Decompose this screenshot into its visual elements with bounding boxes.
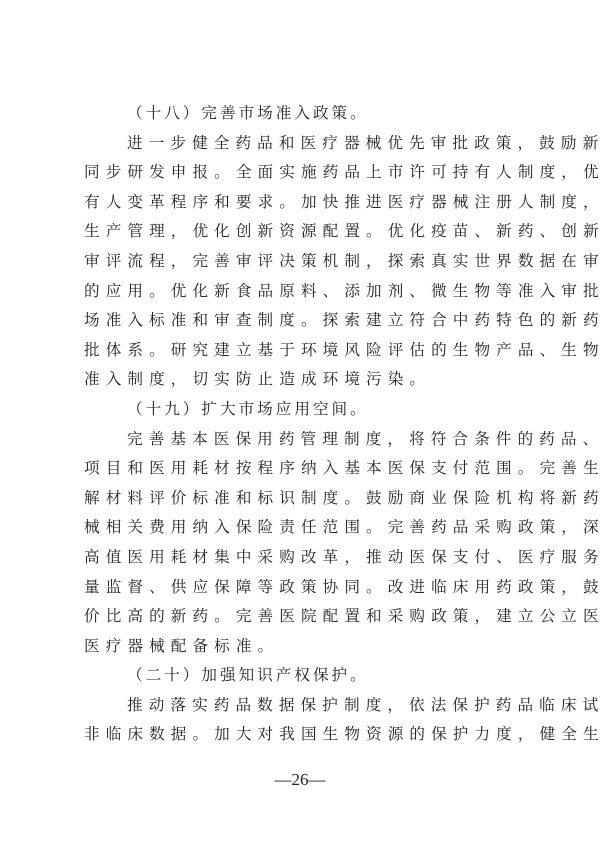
- paragraph-line: 价比高的新药。完善医院配置和采购政策，建立公立医疗机构的: [84, 602, 520, 632]
- paragraph-line: 非临床数据。加大对我国生物资源的保护力度，健全生物遗传资: [84, 720, 520, 750]
- paragraph-line: 械相关费用纳入保险责任范围。完善药品采购政策，深化药品、: [84, 513, 520, 543]
- page-number: —26—: [0, 770, 600, 790]
- paragraph-line: 批体系。研究建立基于环境风险评估的生物产品、生物技术环境: [84, 336, 520, 366]
- paragraph-line: 项目和医用耗材按程序纳入基本医保支付范围。完善生物基可降: [84, 454, 520, 484]
- paragraph-line: 量监督、供应保障等政策协同。改进临床用药政策，鼓励使用性: [84, 573, 520, 603]
- paragraph-line: 审评流程，完善审评决策机制，探索真实世界数据在审评审批中: [84, 247, 520, 277]
- paragraph-line: 完善基本医保用药管理制度，将符合条件的药品、医疗服务: [84, 425, 520, 455]
- section-heading: （二十）加强知识产权保护。: [84, 661, 520, 691]
- section-heading: （十八）完善市场准入政策。: [84, 99, 520, 129]
- paragraph-line: 解材料评价标准和标识制度。鼓励商业保险机构将新药和医疗器: [84, 484, 520, 514]
- paragraph-line: 的应用。优化新食品原料、添加剂、微生物等准入审批，统一市: [84, 277, 520, 307]
- paragraph-line: 医疗器械配备标准。: [84, 632, 520, 662]
- paragraph-line: 同步研发申报。全面实施药品上市许可持有人制度，优化许可持: [84, 158, 520, 188]
- paragraph-line: 进一步健全药品和医疗器械优先审批政策，鼓励新药境内外: [84, 129, 520, 159]
- paragraph-line: 生产管理，优化创新资源配置。优化疫苗、新药、创新医疗器械: [84, 217, 520, 247]
- document-body: （十八）完善市场准入政策。 进一步健全药品和医疗器械优先审批政策，鼓励新药境内外…: [84, 99, 520, 750]
- paragraph-line: 准入制度，切实防止造成环境污染。: [84, 365, 520, 395]
- paragraph-line: 高值医用耗材集中采购改革，推动医保支付、医疗服务价格、质: [84, 543, 520, 573]
- paragraph-line: 推动落实药品数据保护制度，依法保护药品临床试验数据和: [84, 691, 520, 721]
- paragraph-line: 场准入标准和审查制度。探索建立符合中药特色的新药开发和审: [84, 306, 520, 336]
- paragraph-line: 有人变革程序和要求。加快推进医疗器械注册人制度，完善委托: [84, 188, 520, 218]
- section-heading: （十九）扩大市场应用空间。: [84, 395, 520, 425]
